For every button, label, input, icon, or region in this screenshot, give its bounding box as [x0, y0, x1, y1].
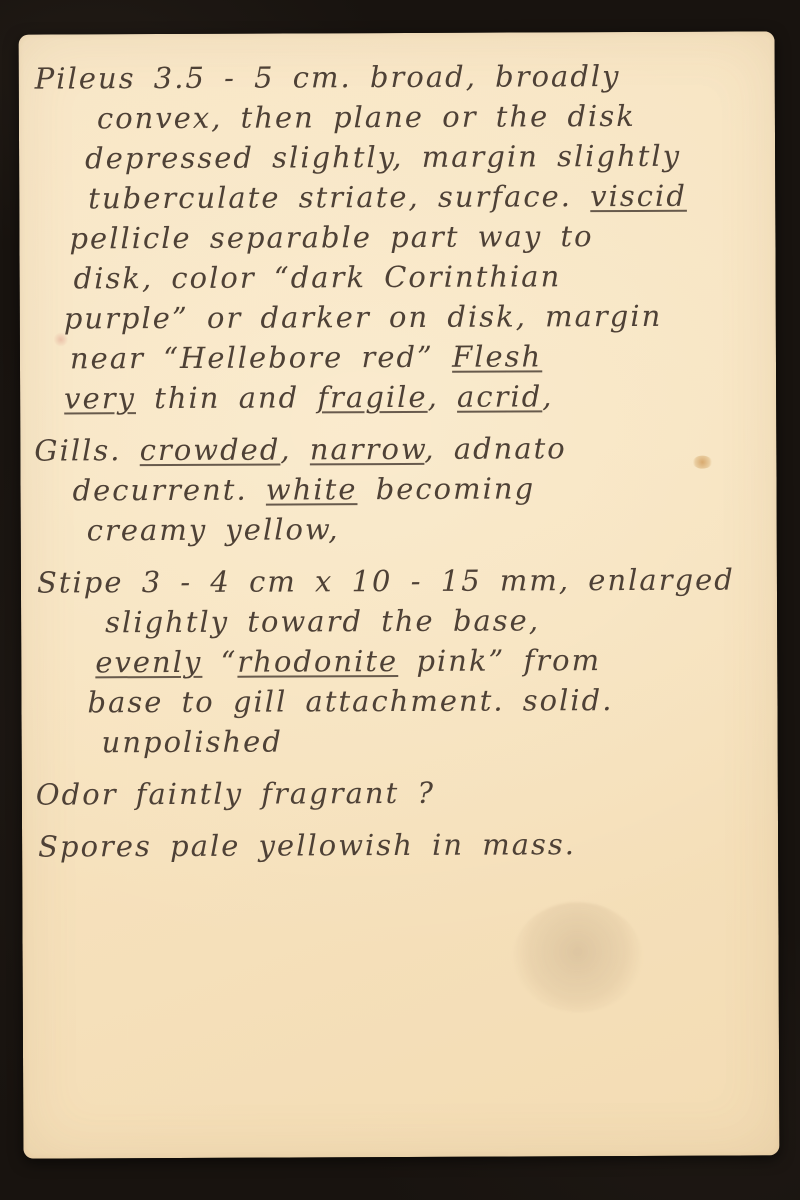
underlined-text: rhodonite	[237, 644, 398, 679]
index-card: Pileus 3.5 - 5 cm. broad, broadlyconvex,…	[19, 31, 780, 1158]
underlined-text: viscid	[590, 179, 687, 213]
handwritten-line: near “Hellebore red” Flesh	[34, 335, 766, 378]
text-segment: pellicle separable part way to	[69, 219, 593, 255]
underlined-text: Flesh	[452, 339, 542, 373]
text-segment: Spores pale yellowish in mass.	[38, 827, 576, 863]
card-text: Pileus 3.5 - 5 cm. broad, broadlyconvex,…	[19, 31, 780, 1158]
handwritten-line: Odor faintly fragrant ?	[36, 771, 768, 814]
section-pileus: Pileus 3.5 - 5 cm. broad, broadlyconvex,…	[33, 55, 767, 418]
handwritten-line: very thin and fragile, acrid,	[34, 375, 766, 418]
text-segment: thin and	[136, 380, 318, 415]
underlined-text: acrid	[457, 379, 542, 413]
underlined-text: white	[266, 472, 358, 506]
text-segment: tuberculate striate, surface.	[88, 179, 590, 215]
handwritten-line: creamy yellow,	[35, 507, 767, 550]
handwritten-line: Gills. crowded, narrow, adnato	[34, 427, 766, 470]
handwritten-line: unpolished	[36, 719, 768, 762]
underlined-text: narrow	[310, 432, 425, 466]
text-segment: becoming	[357, 471, 535, 506]
handwritten-line: tuberculate striate, surface. viscid	[33, 175, 765, 218]
handwritten-line: slightly toward the base,	[35, 599, 767, 642]
text-segment: Gills.	[34, 433, 139, 467]
text-segment: Pileus 3.5 - 5 cm. broad, broadly	[35, 59, 621, 96]
text-segment: slightly toward the base,	[105, 603, 540, 639]
section-odor: Odor faintly fragrant ?	[36, 771, 768, 814]
text-segment: ,	[280, 432, 310, 466]
underlined-text: crowded	[140, 433, 281, 468]
handwritten-line: pellicle separable part way to	[33, 215, 765, 258]
section-spores: Spores pale yellowish in mass.	[36, 823, 768, 866]
text-segment: decurrent.	[72, 473, 265, 508]
handwritten-line: purple” or darker on disk, margin	[34, 295, 766, 338]
text-segment: creamy yellow,	[87, 512, 340, 547]
text-segment: convex, then plane or the disk	[97, 99, 636, 135]
text-segment: near “Hellebore red”	[70, 340, 452, 376]
handwritten-line: Pileus 3.5 - 5 cm. broad, broadly	[33, 55, 765, 98]
text-segment: ,	[542, 379, 553, 413]
handwritten-line: convex, then plane or the disk	[33, 95, 765, 138]
underlined-text: fragile	[317, 380, 427, 414]
text-segment: purple” or darker on disk, margin	[64, 299, 663, 336]
text-segment: , adnato	[424, 431, 567, 466]
text-segment: Stipe 3 - 4 cm x 10 - 15 mm, enlarged	[37, 563, 735, 600]
underlined-text: very	[64, 381, 136, 415]
handwritten-line: depressed slightly, margin slightly	[33, 135, 765, 178]
handwritten-line: base to gill attachment. solid.	[35, 679, 767, 722]
underlined-text: evenly	[95, 645, 202, 679]
text-segment: depressed slightly, margin slightly	[85, 139, 681, 176]
handwritten-line: Spores pale yellowish in mass.	[36, 823, 768, 866]
section-stipe: Stipe 3 - 4 cm x 10 - 15 mm, enlargedsli…	[35, 559, 768, 762]
text-segment: Odor faintly fragrant ?	[36, 776, 435, 812]
handwritten-line: decurrent. white becoming	[34, 467, 766, 510]
section-gills: Gills. crowded, narrow, adnatodecurrent.…	[34, 427, 767, 550]
handwritten-line: disk, color “dark Corinthian	[34, 255, 766, 298]
text-segment: base to gill attachment. solid.	[87, 683, 613, 719]
text-segment: ,	[427, 380, 457, 414]
handwritten-line: Stipe 3 - 4 cm x 10 - 15 mm, enlarged	[35, 559, 767, 602]
text-segment: “	[202, 645, 237, 679]
text-segment: disk, color “dark Corinthian	[74, 259, 562, 295]
handwritten-line: evenly “rhodonite pink” from	[35, 639, 767, 682]
text-segment: unpolished	[102, 725, 283, 760]
text-segment: pink” from	[398, 643, 601, 678]
